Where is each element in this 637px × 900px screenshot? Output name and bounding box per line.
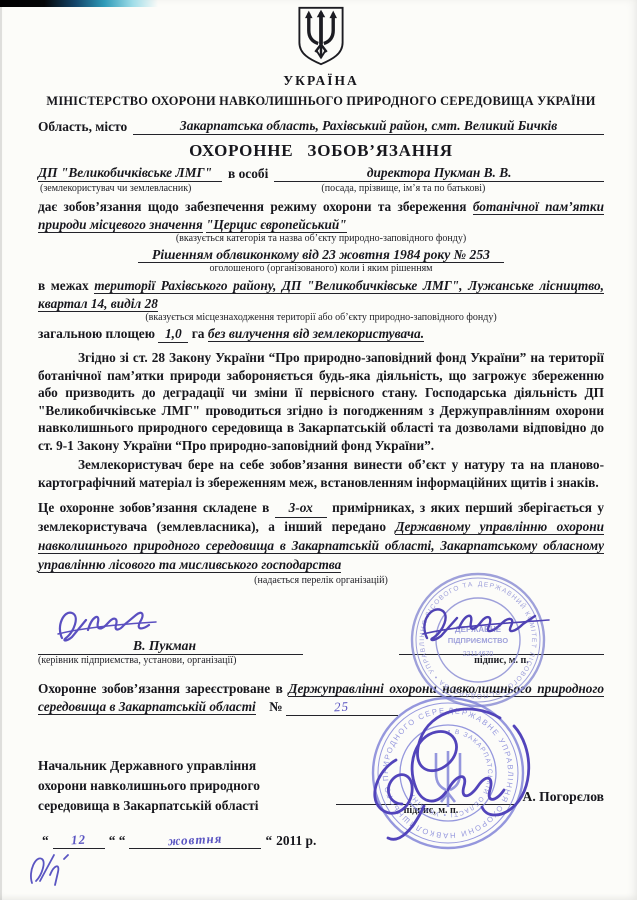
person-value: директора Пукман В. В. [274,165,604,182]
region-line: Область, місто Закарпатська область, Рах… [38,118,604,135]
area-value: 1,0 [158,326,188,343]
date-day-field: 12 [53,832,105,849]
date-line: “ 12 “ “ жовтня “ 2011 р. [38,832,338,849]
area-condition: без вилучення від землекористувача. [208,326,424,342]
copies-paragraph: Це охоронне зобов’язання складене в 3-ох… [38,499,604,576]
official-signature-caption: підпис, м. п. [346,805,516,816]
registration-number-label: № [269,699,282,714]
area-label: загальною площею [38,326,155,341]
landuser-signature-line: В. Пукман [38,634,303,655]
document-header: УКРАЇНА МІНІСТЕРСТВО ОХОРОНИ НАВКОЛИШНЬО… [38,5,604,109]
landuser-signer-name: В. Пукман [133,638,196,654]
stamp-signature-caption: підпис, м. п. [399,655,604,666]
official-title-line1: Начальник Державного управління [38,756,333,776]
registration-number-value: 25 [334,697,350,715]
decision-caption: оголошеного (організованого) коли і яким… [38,263,604,274]
ministry-name: МІНІСТЕРСТВО ОХОРОНИ НАВКОЛИШНЬОГО ПРИРО… [38,94,604,109]
corner-handwritten-mark [20,845,84,895]
protected-object-name: "Церцис європейський" [206,217,347,233]
official-row: Начальник Державного управління охорони … [38,756,604,816]
registration-paragraph: Охоронне зобов’язання зареєстроване в Де… [38,680,604,716]
stamp-signature-block: підпис, м. п. [399,636,604,666]
landuser-caption: (землекористувач чи землевласник) [40,183,191,194]
landuser-signature-block: В. Пукман (керівник підприємства, устано… [38,634,303,666]
landuser-value: ДП "Великобичківське ЛМГ" [38,165,222,182]
document-title: ОХОРОННЕ ЗОБОВ’ЯЗАННЯ [38,141,604,161]
scanned-document: УКРАЇНА МІНІСТЕРСТВО ОХОРОНИ НАВКОЛИШНЬО… [0,0,637,900]
registration-number-field: 25 [286,698,398,717]
copies-caption: (надається перелік організацій) [38,575,604,586]
landuser-duty-paragraph: Землекористувач бере на себе зобов’язанн… [38,456,604,491]
official-title-line3: середовища в Закарпатській області [38,796,333,816]
area-unit: га [192,326,205,341]
official-signature-linerow: А. Погорєлов [336,786,604,805]
decision-line: Рішенням облвиконкому від 23 жовтня 1984… [38,247,604,263]
location-value: території Рахівського району, ДП "Велико… [38,278,604,312]
signature-row-landuser: В. Пукман (керівник підприємства, устано… [38,634,604,666]
stamp-signature-line [399,636,604,655]
date-month-value: жовтня [168,831,223,850]
location-paragraph: в межах території Рахівського району, ДП… [38,277,604,312]
location-label: в межах [38,278,89,293]
official-signature-block: А. Погорєлов підпис, м. п. [336,756,604,816]
law-paragraph: Згідно зі ст. 28 Закону України “Про при… [38,349,604,454]
date-month-field: жовтня [129,832,261,849]
country-name: УКРАЇНА [38,73,604,89]
region-value: Закарпатська область, Рахівський район, … [133,118,604,135]
person-caption: (посада, прізвище, ім’я та по батькові) [321,183,485,194]
official-title: Начальник Державного управління охорони … [38,756,333,816]
decision-value: Рішенням облвиконкому від 23 жовтня 1984… [138,247,504,263]
official-name: А. Погорєлов [523,789,604,805]
date-year: 2011 р. [276,833,316,849]
registration-lead: Охоронне зобов’язання зареєстроване в [38,681,283,696]
obligation-caption: (вказується категорія та назва об’єкту п… [38,233,604,244]
date-day-value: 12 [71,832,87,849]
scan-left-edge [0,0,2,900]
landuser-signature-caption: (керівник підприємства, установи, органі… [38,655,303,666]
quote-close: “ [265,833,272,849]
quote-open-1: “ [42,833,49,849]
party-line: ДП "Великобичківське ЛМГ" в особі директ… [38,165,604,182]
official-title-line2: охорони навколишнього природного [38,776,333,796]
location-caption: (вказується місцезнаходження території а… [38,312,604,323]
obligation-paragraph: дає зобов’язання щодо забезпечення режим… [38,198,604,233]
region-label: Область, місто [38,119,127,135]
party-captions: (землекористувач чи землевласник) (посад… [38,183,604,194]
copies-lead: Це охоронне зобов’язання складене в [38,500,269,515]
ukraine-trident-icon [292,5,350,67]
obligation-lead: дає зобов’язання щодо забезпечення режим… [38,199,466,214]
area-line: загальною площею 1,0 га без вилучення ві… [38,326,604,343]
copies-count: 3-ох [275,499,327,519]
party-connector: в особі [228,166,268,182]
official-signature-line [336,786,517,805]
quote-mid: “ “ [109,833,126,849]
